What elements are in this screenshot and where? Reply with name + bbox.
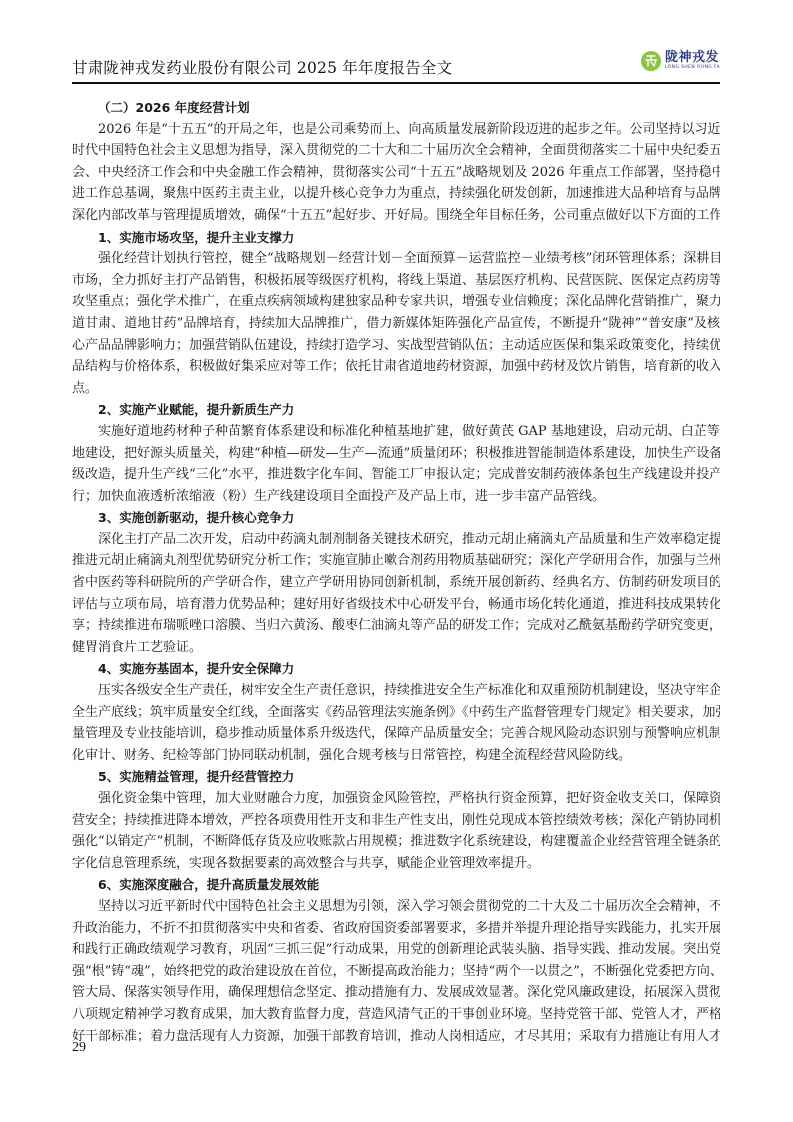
- text-line: 健胃消食片工艺验证。: [72, 637, 720, 659]
- page-number: 29: [72, 1040, 86, 1056]
- item-heading: 5、实施精益管理，提升经营管控力: [72, 766, 720, 788]
- text-line: 强“根”铸“魂”，始终把党的政治建设放在首位，不断提高政治能力；坚持“两个一以贯…: [72, 961, 720, 983]
- document-body: （二）2026 年度经营计划 2026 年是“十五五”的开局之年，也是公司乘势而…: [72, 97, 720, 1047]
- text-line: 全生产底线；筑牢质量安全红线，全面落实《药品管理法实施条例》《中药生产监督管理专…: [72, 702, 720, 724]
- header-divider: [72, 82, 720, 84]
- text-line: 压实各级安全生产责任，树牢安全生产责任意识，持续推进安全生产标准化和双重预防机制…: [72, 680, 720, 702]
- text-line: 攻坚重点；强化学术推广，在重点疾病领域构建独家品种专家共识，增强专业信赖度；深化…: [72, 291, 720, 313]
- text-line: 行；加快血液透析浓缩液（粉）生产线建设项目全面投产及产品上市，进一步丰富产品管线…: [72, 486, 720, 508]
- text-line: 评估与立项布局，培育潜力优势品种；建好用好省级技术中心研发平台，畅通市场化转化通…: [72, 594, 720, 616]
- plan-item-safety: 4、实施夯基固本，提升安全保障力 压实各级安全生产责任，树牢安全生产责任意识，持…: [72, 658, 720, 766]
- item-heading: 2、实施产业赋能，提升新质生产力: [72, 399, 720, 421]
- item-heading: 3、实施创新驱动，提升核心竞争力: [72, 507, 720, 529]
- text-line: 市场，全力抓好主打产品销售，积极拓展等级医疗机构，将线上渠道、基层医疗机构、民营…: [72, 270, 720, 292]
- text-line: 道甘肃、道地甘药”品牌培育，持续加大品牌推广，借力新媒体矩阵强化产品宣传，不断提…: [72, 313, 720, 335]
- text-line: 八项规定精神学习教育成果，加大教育监督力度，营造风清气正的干事创业环境。坚持党管…: [72, 1004, 720, 1026]
- item-heading: 1、实施市场攻坚，提升主业支撑力: [72, 227, 720, 249]
- text-line: 好干部标准；着力盘活现有人力资源，加强干部教育培训，推动人岗相适应，才尽其用；采…: [72, 1026, 720, 1048]
- section-title: （二）2026 年度经营计划: [72, 97, 720, 119]
- plan-item-integration: 6、实施深度融合，提升高质量发展效能 坚持以习近平新时代中国特色社会主义思想为引…: [72, 874, 720, 1047]
- report-title: 甘肃陇神戎发药业股份有限公司 2025 年年度报告全文: [72, 56, 452, 78]
- text-line: 实施好道地药材种子种苗繁育体系建设和标准化种植基地扩建，做好黄芪 GAP 基地建…: [72, 421, 720, 443]
- intro-paragraph: 2026 年是“十五五”的开局之年，也是公司乘势而上、向高质量发展新阶段迈进的起…: [72, 119, 720, 227]
- leaf-circle-logo-icon: [641, 51, 661, 71]
- text-line: 2026 年是“十五五”的开局之年，也是公司乘势而上、向高质量发展新阶段迈进的起…: [72, 119, 720, 141]
- logo-english-name: LONG SHEN RONG FA: [665, 66, 720, 71]
- text-line: 推进元胡止痛滴丸剂型优势研究分析工作；实施宣肺止嗽合剂药用物质基础研究；深化产学…: [72, 550, 720, 572]
- text-line: 坚持以习近平新时代中国特色社会主义思想为引领，深入学习领会贯彻党的二十大及二十届…: [72, 896, 720, 918]
- text-line: 管大局、保落实领导作用，确保理想信念坚定、推动措施有力、发展成效显著。深化党风廉…: [72, 982, 720, 1004]
- plan-item-market: 1、实施市场攻坚，提升主业支撑力 强化经营计划执行管控，健全“战略规划－经营计划…: [72, 227, 720, 400]
- text-line: 强化资金集中管理，加大业财融合力度，加强资金风险管控，严格执行资金预算，把好资金…: [72, 788, 720, 810]
- text-line: 量管理及专业技能培训，稳步推动质量体系升级迭代，保障产品质量安全；完善合规风险动…: [72, 723, 720, 745]
- plan-item-industry: 2、实施产业赋能，提升新质生产力 实施好道地药材种子种苗繁育体系建设和标准化种植…: [72, 399, 720, 507]
- text-line: 级改造，提升生产线“三化”水平，推进数字化车间、智能工厂申报认定；完成普安制药液…: [72, 464, 720, 486]
- text-line: 化审计、财务、纪检等部门协同联动机制，强化合规考核与日常管控，构建全流程经营风险…: [72, 745, 720, 767]
- text-line: 营安全；持续推进降本增效，严控各项费用性开支和非生产性支出，刚性兑现成本管控绩效…: [72, 810, 720, 832]
- text-line: 享；持续推进布瑞哌唑口溶膜、当归六黄汤、酸枣仁油滴丸等产品的研发工作；完成对乙酰…: [72, 615, 720, 637]
- company-logo: 陇神戎发 LONG SHEN RONG FA: [641, 51, 720, 71]
- text-line: 地建设，把好源头质量关，构建“种植—研发—生产—流通”质量闭环；积极推进智能制造…: [72, 443, 720, 465]
- text-line: 强化“以销定产”机制，不断降低存货及应收账款占用规模；推进数字化系统建设，构建覆…: [72, 831, 720, 853]
- text-line: 进工作总基调，聚焦中医药主责主业，以提升核心竞争力为重点，持续强化研发创新，加速…: [72, 183, 720, 205]
- text-line: 和践行正确政绩观学习教育，巩固“三抓三促”行动成果，用党的创新理论武装头脑、指导…: [72, 939, 720, 961]
- text-line: 时代中国特色社会主义思想为指导，深入贯彻党的二十大和二十届历次全会精神，全面贯彻…: [72, 140, 720, 162]
- text-line: 省中医药等科研院所的产学研合作，建立产学研用协同创新机制，系统开展创新药、经典名…: [72, 572, 720, 594]
- text-line: 点。: [72, 378, 720, 400]
- plan-item-management: 5、实施精益管理，提升经营管控力 强化资金集中管理，加大业财融合力度，加强资金风…: [72, 766, 720, 874]
- text-line: 强化经营计划执行管控，健全“战略规划－经营计划－全面预算－运营监控－业绩考核”闭…: [72, 248, 720, 270]
- text-line: 会、中央经济工作会和中央金融工作会精神，贯彻落实公司“十五五”战略规划及 202…: [72, 162, 720, 184]
- logo-chinese-name: 陇神戎发: [665, 51, 720, 64]
- page-header: 甘肃陇神戎发药业股份有限公司 2025 年年度报告全文 陇神戎发 LONG SH…: [72, 48, 720, 86]
- text-line: 字化信息管理系统，实现各数据要素的高效整合与共享，赋能企业管理效率提升。: [72, 853, 720, 875]
- text-line: 深化内部改革与管理提质增效，确保“十五五”起好步、开好局。围绕全年目标任务，公司…: [72, 205, 720, 227]
- item-heading: 4、实施夯基固本，提升安全保障力: [72, 658, 720, 680]
- plan-item-innovation: 3、实施创新驱动，提升核心竞争力 深化主打产品二次开发，启动中药滴丸制剂制备关键…: [72, 507, 720, 658]
- text-line: 深化主打产品二次开发，启动中药滴丸制剂制备关键技术研究，推动元胡止痛滴丸产品质量…: [72, 529, 720, 551]
- text-line: 升政治能力，不折不扣贯彻落实中央和省委、省政府国资委部署要求，多措并举提升理论指…: [72, 918, 720, 940]
- text-line: 品结构与价格体系，积极做好集采应对等工作；依托甘肃省道地药材资源，加强中药材及饮…: [72, 356, 720, 378]
- text-line: 心产品品牌影响力；加强营销队伍建设，持续打造学习、实战型营销队伍；主动适应医保和…: [72, 335, 720, 357]
- item-heading: 6、实施深度融合，提升高质量发展效能: [72, 874, 720, 896]
